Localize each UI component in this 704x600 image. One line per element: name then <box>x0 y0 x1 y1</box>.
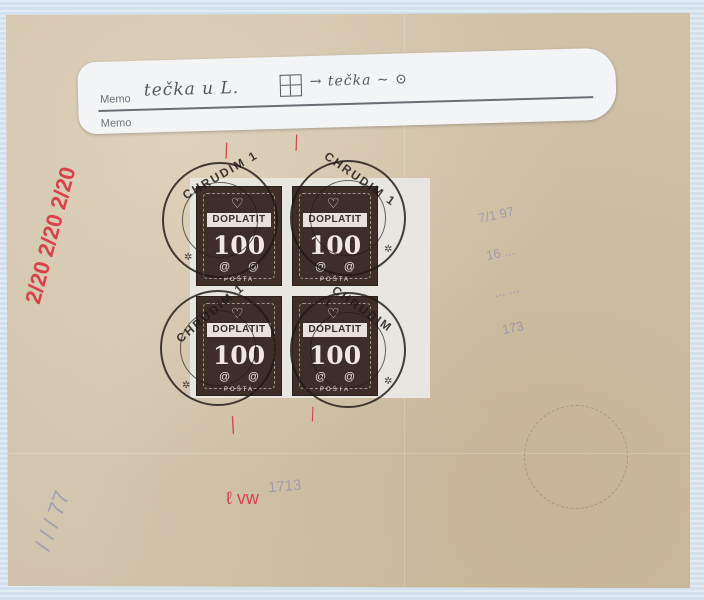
memo-handwriting-a: tečka u L. <box>144 78 240 101</box>
star-icon: ✲ <box>384 376 392 387</box>
red-pencil-note-bottom: ℓ vw <box>226 488 259 509</box>
note-line: 173 <box>498 304 541 349</box>
star-icon: ✲ <box>384 244 392 255</box>
star-icon: ✲ <box>184 252 192 263</box>
memo-handwriting-b: → tečka ~ ⊙ <box>310 71 409 90</box>
memo-label-1: Memo <box>100 93 131 106</box>
postmark-cancel: CHRUDIM 1 ✲ <box>162 162 278 278</box>
faint-postmark <box>524 405 628 509</box>
blue-pencil-note-bottom: 1713 <box>267 477 302 497</box>
note-line: 7/1 97 <box>475 193 518 238</box>
postmark-cancel: CHRUDIM 1 ✲ <box>160 290 276 406</box>
memo-strip: Memo tečka u L. → tečka ~ ⊙ Memo <box>77 48 617 135</box>
stamp-bottom-text: POŠTA <box>293 277 377 283</box>
postmark-cancel: CHRUDIM 1 ✲ <box>290 292 406 408</box>
postmark-cancel: CHRUDIM 1 ✲ <box>290 160 406 276</box>
memo-label-2: Memo <box>101 117 132 130</box>
grid-sketch-icon <box>280 74 303 97</box>
star-icon: ✲ <box>182 380 190 391</box>
